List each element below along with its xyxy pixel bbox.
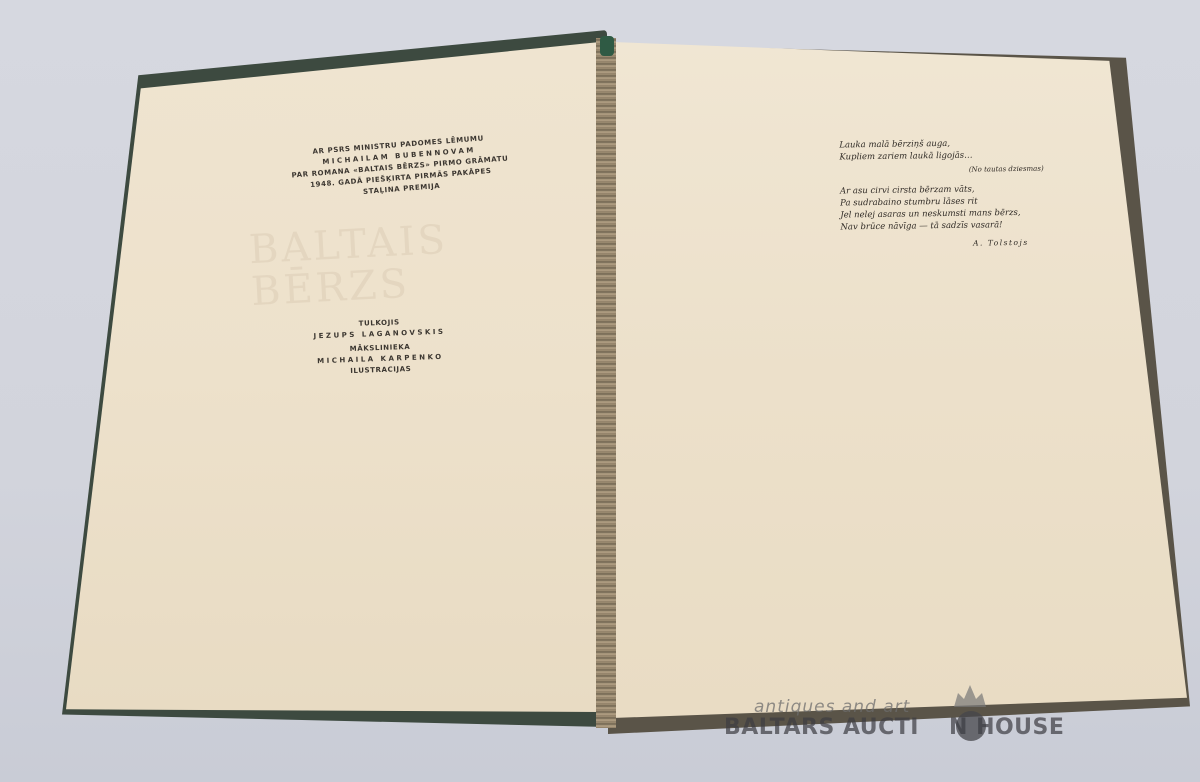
show-through-title: BALTAIS BĒRZS [248,221,412,313]
poem-source: (No tautas dziesmas) [840,163,1050,178]
epigraph-poem: Lauka malā bērziņš auga, Kupliem zariem … [839,137,1051,252]
photo-scene: BALTAIS BĒRZS AR PSRS MINISTRU PADOMES L… [0,0,1200,782]
ghost-line: BĒRZS [250,263,412,313]
book-spine [596,38,616,728]
credits-text: TULKOJIS JEZUPS LAGANOVSKIS MĀKSLINIEKA … [289,315,471,379]
spine-headband [600,36,614,56]
watermark-name-part2: N HOUSE [949,715,1064,740]
poem-line: Nav brūce nāvīga — tā sadzīs vasarā! [840,219,1050,234]
poem-line: Kupliem zariem laukā ligojās… [839,149,1049,164]
